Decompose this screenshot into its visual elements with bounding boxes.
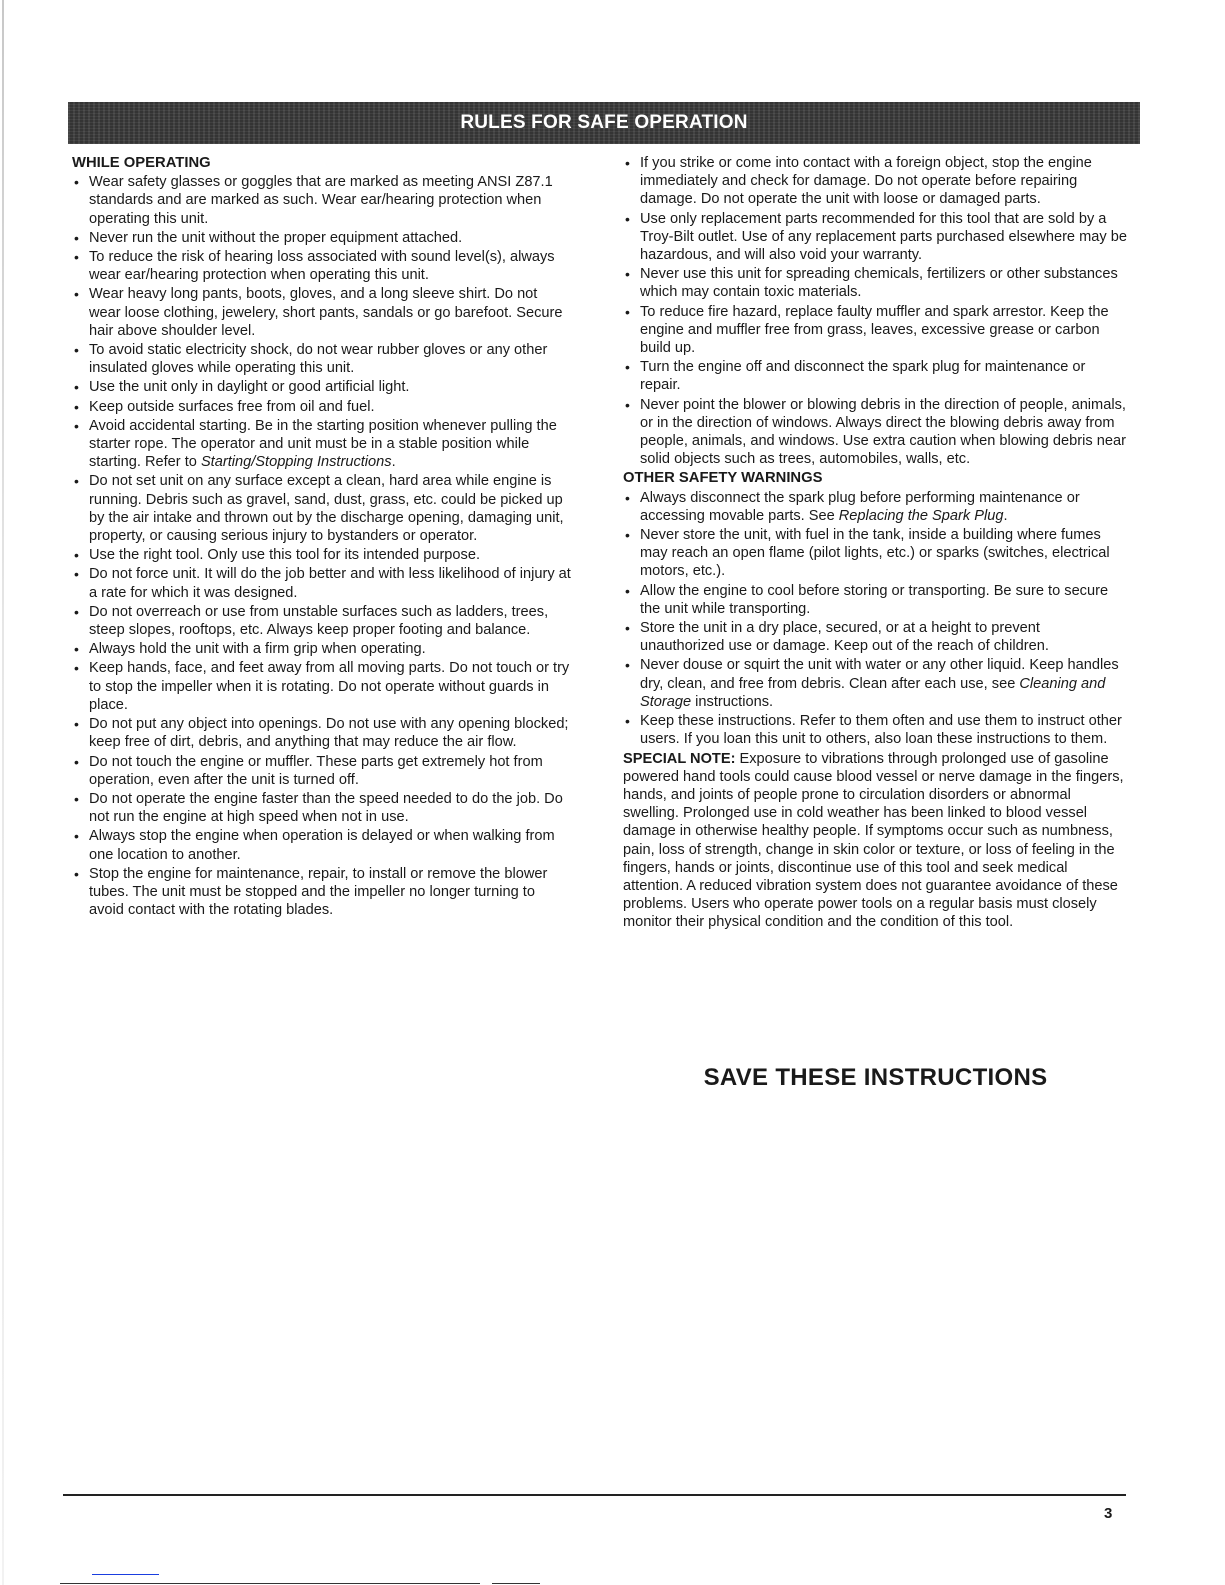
- list-item: Keep outside surfaces free from oil and …: [72, 398, 572, 416]
- list-item: Never store the unit, with fuel in the t…: [623, 526, 1128, 581]
- list-item: Use the right tool. Only use this tool f…: [72, 546, 572, 564]
- other-safety-warnings-list: Always disconnect the spark plug before …: [623, 489, 1128, 749]
- banner-title: RULES FOR SAFE OPERATION: [460, 112, 747, 134]
- list-item: To avoid static electricity shock, do no…: [72, 341, 572, 377]
- right-column: If you strike or come into contact with …: [623, 154, 1128, 932]
- reference-starting-stopping: Starting/Stopping Instructions: [201, 454, 392, 470]
- list-item: If you strike or come into contact with …: [623, 154, 1128, 209]
- page-number: 3: [1104, 1505, 1112, 1522]
- list-item: Do not set unit on any surface except a …: [72, 472, 572, 545]
- list-item: Keep hands, face, and feet away from all…: [72, 659, 572, 714]
- special-note: SPECIAL NOTE: Exposure to vibrations thr…: [623, 750, 1128, 932]
- list-item: Store the unit in a dry place, secured, …: [623, 619, 1128, 655]
- bottom-edge-line: [60, 1583, 480, 1584]
- list-item: Never douse or squirt the unit with wate…: [623, 656, 1128, 711]
- list-item: Do not operate the engine faster than th…: [72, 790, 572, 826]
- list-item: To reduce fire hazard, replace faulty mu…: [623, 303, 1128, 358]
- list-item: Do not put any object into openings. Do …: [72, 715, 572, 751]
- list-item: Use only replacement parts recommended f…: [623, 210, 1128, 265]
- list-item: To reduce the risk of hearing loss assoc…: [72, 248, 572, 284]
- save-instructions-title: SAVE THESE INSTRUCTIONS: [623, 1064, 1128, 1092]
- list-item: Avoid accidental starting. Be in the sta…: [72, 417, 572, 472]
- page-left-edge: [2, 0, 4, 1585]
- left-column: WHILE OPERATING Wear safety glasses or g…: [72, 154, 572, 920]
- bottom-edge-line: [492, 1583, 540, 1584]
- list-item: Always stop the engine when operation is…: [72, 827, 572, 863]
- while-operating-list: Wear safety glasses or goggles that are …: [72, 173, 572, 919]
- section-banner: RULES FOR SAFE OPERATION: [68, 102, 1140, 144]
- list-item: Never run the unit without the proper eq…: [72, 229, 572, 247]
- list-item: Never use this unit for spreading chemic…: [623, 265, 1128, 301]
- list-item: Wear safety glasses or goggles that are …: [72, 173, 572, 228]
- list-item: Keep these instructions. Refer to them o…: [623, 712, 1128, 748]
- bottom-link-underline: [92, 1574, 159, 1575]
- list-item: Do not overreach or use from unstable su…: [72, 603, 572, 639]
- list-item: Do not force unit. It will do the job be…: [72, 565, 572, 601]
- list-item: Wear heavy long pants, boots, gloves, an…: [72, 285, 572, 340]
- list-item: Always hold the unit with a firm grip wh…: [72, 640, 572, 658]
- list-item: Stop the engine for maintenance, repair,…: [72, 865, 572, 920]
- while-operating-heading: WHILE OPERATING: [72, 154, 572, 172]
- list-item: Allow the engine to cool before storing …: [623, 582, 1128, 618]
- list-item: Turn the engine off and disconnect the s…: [623, 358, 1128, 394]
- reference-replacing-spark-plug: Replacing the Spark Plug: [839, 508, 1004, 524]
- list-item: Use the unit only in daylight or good ar…: [72, 378, 572, 396]
- special-note-label: SPECIAL NOTE:: [623, 751, 735, 767]
- list-item: Do not touch the engine or muffler. Thes…: [72, 753, 572, 789]
- while-operating-continued-list: If you strike or come into contact with …: [623, 154, 1128, 468]
- footer-divider: [63, 1494, 1126, 1496]
- other-safety-warnings-heading: OTHER SAFETY WARNINGS: [623, 469, 1128, 487]
- list-item: Always disconnect the spark plug before …: [623, 489, 1128, 525]
- list-item: Never point the blower or blowing debris…: [623, 396, 1128, 469]
- special-note-text: Exposure to vibrations through prolonged…: [623, 751, 1124, 931]
